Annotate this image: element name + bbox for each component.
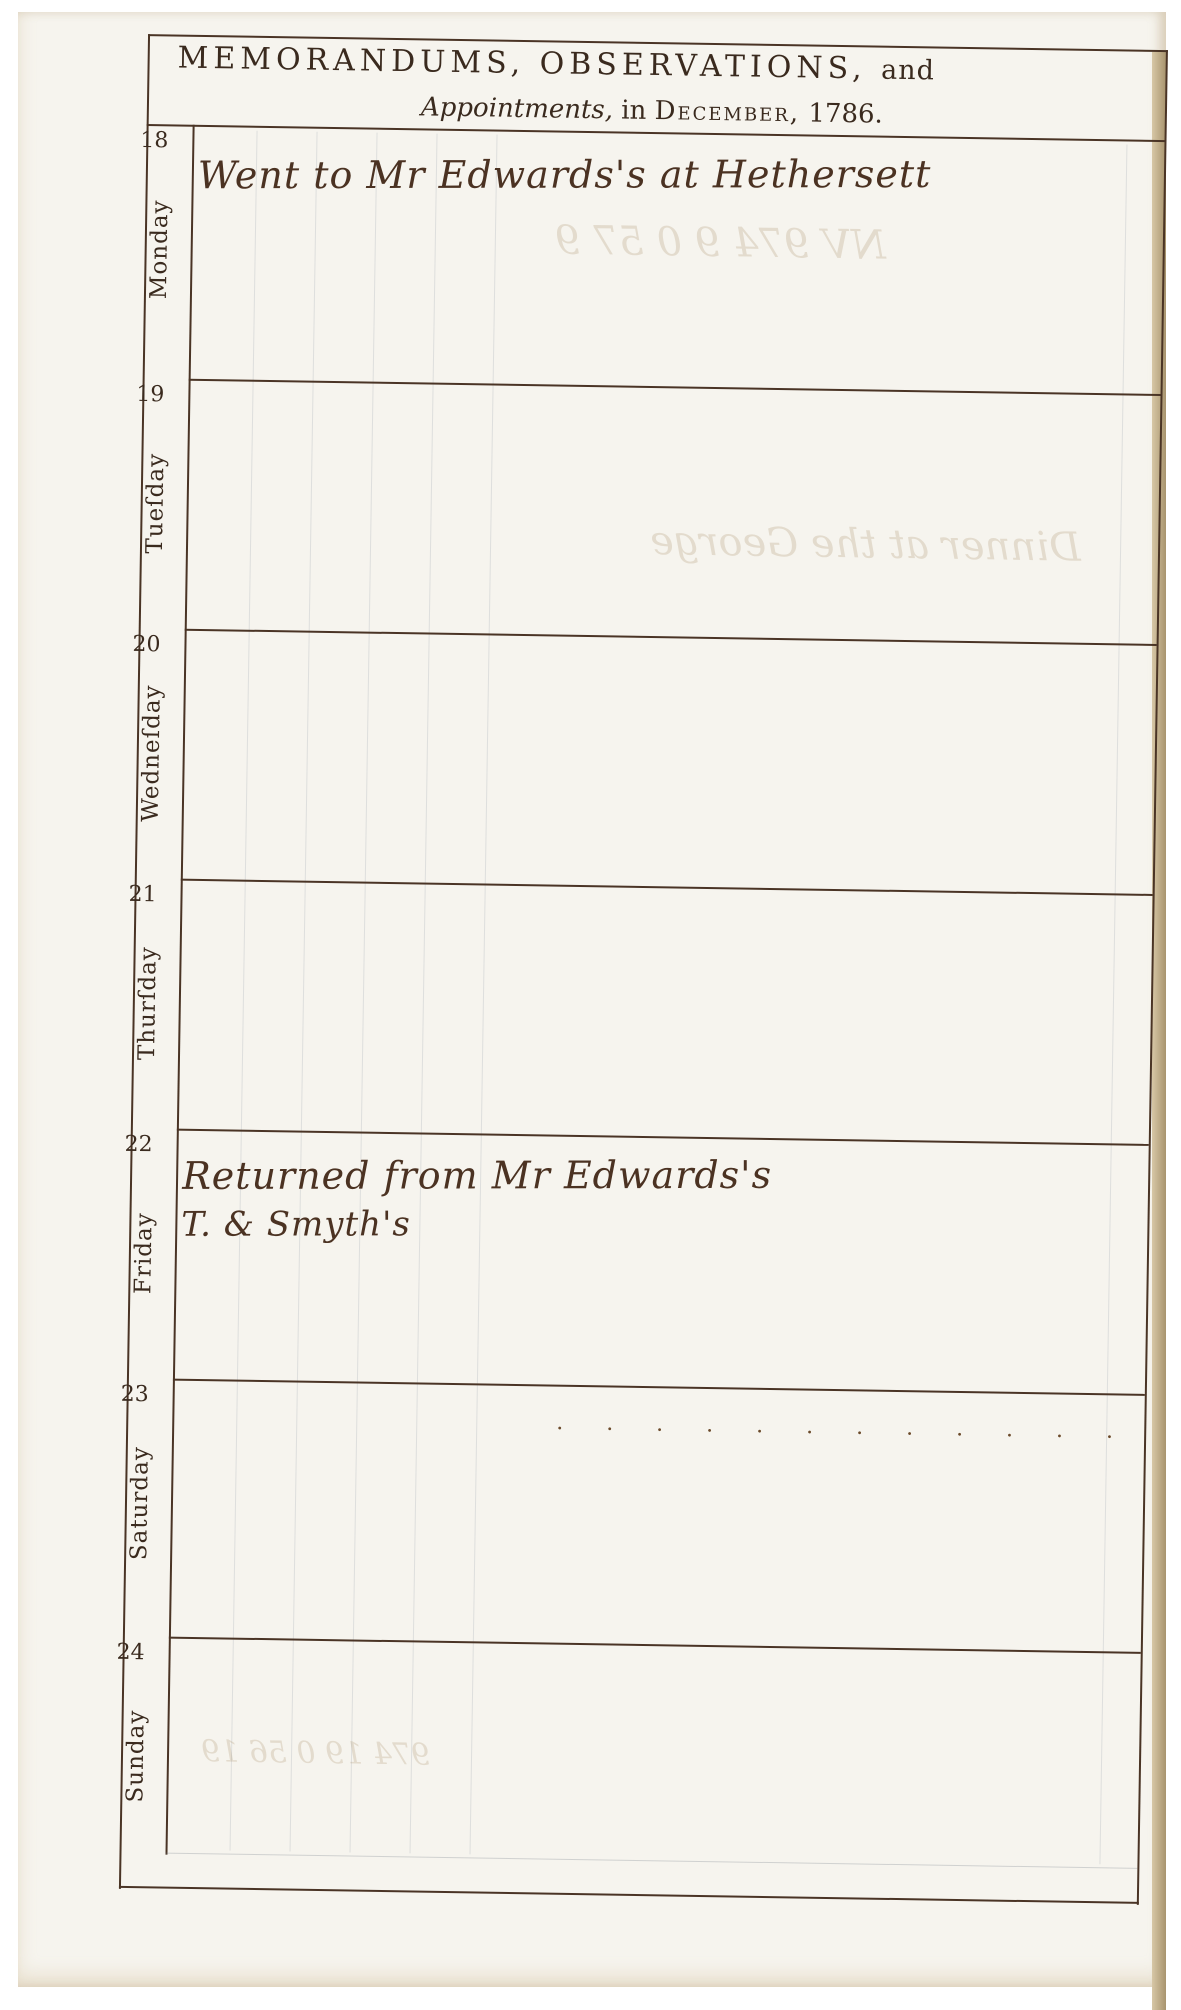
day-date: 22 — [124, 1132, 152, 1157]
header-month: December, — [654, 96, 800, 128]
day-row-tuesday: 19 Tueſday Dinner at the George — [129, 380, 1163, 644]
header-year: 1786. — [808, 98, 883, 129]
day-name: Wedneſday — [137, 668, 166, 838]
day-date: 24 — [116, 1640, 144, 1665]
day-date: 21 — [128, 882, 156, 907]
day-row-monday: 18 Monday NV 974 9 0 57 9 Went to Mr Edw… — [133, 126, 1167, 394]
diary-page: MEMORANDUMS, OBSERVATIONS, and Appointme… — [18, 12, 1166, 1987]
show-through-text: 974 19 0 56 19 — [201, 1734, 431, 1773]
day-row-thursday: 21 Thurſday — [121, 880, 1155, 1144]
show-through-text: NV 974 9 0 57 9 — [555, 217, 887, 268]
day-date: 18 — [140, 128, 168, 153]
handwritten-entry: Returned from Mr Edwards's — [182, 1153, 772, 1198]
handwritten-entry: Went to Mr Edwards's at Hethersett — [198, 152, 932, 197]
day-name: Tueſday — [141, 418, 170, 588]
day-row-sunday: 24 Sunday 974 19 0 56 19 — [109, 1638, 1142, 1870]
day-row-wednesday: 20 Wedneſday — [125, 630, 1159, 894]
day-name: Friday — [130, 1168, 159, 1338]
show-through-text: Dinner at the George — [650, 518, 1082, 571]
header-in: in — [621, 96, 647, 126]
day-name: Saturday — [126, 1418, 155, 1588]
day-name: Sunday — [122, 1671, 151, 1841]
day-date: 19 — [136, 382, 164, 407]
header-title-main: MEMORANDUMS, OBSERVATIONS, — [177, 41, 866, 87]
day-date: 20 — [132, 632, 160, 657]
handwritten-entry: T. & Smyth's — [181, 1204, 411, 1244]
day-row-saturday: 23 Saturday · · · · · · · · · · · · — [113, 1380, 1147, 1652]
day-row-friday: 22 Friday Returned from Mr Edwards's T. … — [117, 1130, 1151, 1394]
day-date: 23 — [120, 1382, 148, 1407]
ink-spots: · · · · · · · · · · · · — [556, 1417, 1131, 1451]
header-appointments: Appointments, — [421, 92, 614, 125]
memorandum-frame: MEMORANDUMS, OBSERVATIONS, and Appointme… — [109, 34, 1168, 1905]
header-title-and: and — [881, 55, 935, 87]
day-name: Thurſday — [134, 918, 163, 1088]
frame-bottom-rule — [119, 1886, 1139, 1904]
day-name: Monday — [145, 164, 174, 334]
